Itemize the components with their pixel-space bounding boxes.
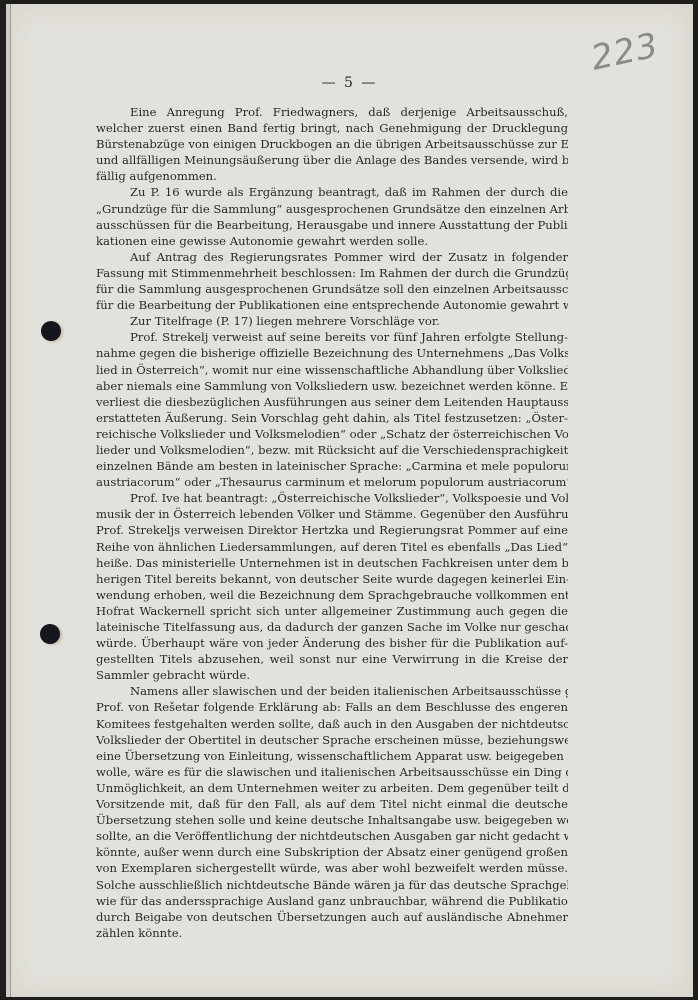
punch-hole-lower — [40, 624, 60, 644]
text-line: „Grundzüge für die Sammlung“ ausgesproch… — [96, 201, 568, 217]
text-line: ausschüssen für die Bearbeitung, Herausg… — [96, 217, 568, 233]
text-line: aber niemals eine Sammlung von Volkslied… — [96, 378, 568, 394]
text-line: nahme gegen die bisherige offizielle Bez… — [96, 345, 568, 361]
text-line: von Exemplaren sichergestellt würde, was… — [96, 860, 568, 876]
text-line: einzelnen Bände am besten in lateinische… — [96, 458, 568, 474]
text-line: Volkslieder der Obertitel in deutscher S… — [96, 732, 568, 748]
text-line: durch Beigabe von deutschen Übersetzunge… — [96, 909, 568, 925]
paragraph: Prof. Ive hat beantragt: „Österreichisch… — [96, 490, 568, 683]
text-line: Zur Titelfrage (P. 17) liegen mehrere Vo… — [96, 313, 568, 329]
text-line: Fassung mit Stimmenmehrheit beschlossen:… — [96, 265, 568, 281]
text-line: heiße. Das ministerielle Unternehmen ist… — [96, 555, 568, 571]
text-line: Bürstenabzüge von einigen Druckbogen an … — [96, 136, 568, 152]
text-line: austriacorum“ oder „Thesaurus carminum e… — [96, 474, 568, 490]
paragraph: Namens aller slawischen und der beiden i… — [96, 683, 568, 941]
page-number: — 5 — — [6, 75, 693, 91]
document-page: — 5 — 223 Eine Anregung Prof. Friedwagne… — [6, 4, 693, 997]
paragraph: Prof. Strekelj verweist auf seine bereit… — [96, 329, 568, 490]
text-line: zählen könnte. — [96, 925, 568, 941]
text-line: gestellten Titels abzusehen, weil sonst … — [96, 651, 568, 667]
text-line: Sammler gebracht würde. — [96, 667, 568, 683]
text-line: für die Bearbeitung der Publikationen ei… — [96, 297, 568, 313]
paragraph: Zu P. 16 wurde als Ergänzung beantragt, … — [96, 184, 568, 248]
text-line: könnte, außer wenn durch eine Subskripti… — [96, 844, 568, 860]
text-line: Prof. von Rešetar folgende Erklärung ab:… — [96, 699, 568, 715]
text-line: kationen eine gewisse Autonomie gewahrt … — [96, 233, 568, 249]
text-line: Unmöglichkeit, an dem Unternehmen weiter… — [96, 780, 568, 796]
text-line: Zu P. 16 wurde als Ergänzung beantragt, … — [96, 184, 568, 200]
text-line: Prof. Strekeljs verweisen Direktor Hertz… — [96, 522, 568, 538]
text-line: und allfälligen Meinungsäußerung über di… — [96, 152, 568, 168]
paragraph: Eine Anregung Prof. Friedwagners, daß de… — [96, 104, 568, 184]
paragraph: Auf Antrag des Regierungsrates Pommer wi… — [96, 249, 568, 313]
text-line: wolle, wäre es für die slawischen und it… — [96, 764, 568, 780]
text-line: eine Übersetzung von Einleitung, wissens… — [96, 748, 568, 764]
text-line: Solche ausschließlich nichtdeutsche Bänd… — [96, 877, 568, 893]
text-line: Vorsitzende mit, daß für den Fall, als a… — [96, 796, 568, 812]
page-binding-edge — [6, 4, 11, 997]
text-line: Übersetzung stehen solle und keine deuts… — [96, 812, 568, 828]
body-text: Eine Anregung Prof. Friedwagners, daß de… — [96, 104, 568, 941]
punch-hole-upper — [41, 321, 61, 341]
text-line: verliest die diesbezüglichen Ausführunge… — [96, 394, 568, 410]
text-line: reichische Volkslieder und Volksmelodien… — [96, 426, 568, 442]
text-line: welcher zuerst einen Band fertig bringt,… — [96, 120, 568, 136]
text-line: lateinische Titelfassung aus, da dadurch… — [96, 619, 568, 635]
text-line: sollte, an die Veröffentlichung der nich… — [96, 828, 568, 844]
text-line: Hofrat Wackernell spricht sich unter all… — [96, 603, 568, 619]
text-line: wie für das anderssprachige Ausland ganz… — [96, 893, 568, 909]
text-line: erstatteten Äußerung. Sein Vorschlag geh… — [96, 410, 568, 426]
text-line: Reihe von ähnlichen Liedersammlungen, au… — [96, 539, 568, 555]
text-line: Prof. Ive hat beantragt: „Österreichisch… — [96, 490, 568, 506]
text-line: würde. Überhaupt wäre von jeder Änderung… — [96, 635, 568, 651]
text-line: Auf Antrag des Regierungsrates Pommer wi… — [96, 249, 568, 265]
text-line: musik der in Österreich lebenden Völker … — [96, 506, 568, 522]
handwritten-archive-number: 223 — [588, 25, 663, 78]
text-line: Namens aller slawischen und der beiden i… — [96, 683, 568, 699]
text-line: Eine Anregung Prof. Friedwagners, daß de… — [96, 104, 568, 120]
text-line: Komitees festgehalten werden sollte, daß… — [96, 716, 568, 732]
paragraph: Zur Titelfrage (P. 17) liegen mehrere Vo… — [96, 313, 568, 329]
text-line: herigen Titel bereits bekannt, von deuts… — [96, 571, 568, 587]
text-line: fällig aufgenommen. — [96, 168, 568, 184]
text-line: lieder und Volksmelodien“, bezw. mit Rüc… — [96, 442, 568, 458]
text-line: wendung erhoben, weil die Bezeichnung de… — [96, 587, 568, 603]
text-line: für die Sammlung ausgesprochenen Grundsä… — [96, 281, 568, 297]
text-line: lied in Österreich“, womit nur eine wiss… — [96, 362, 568, 378]
text-line: Prof. Strekelj verweist auf seine bereit… — [96, 329, 568, 345]
